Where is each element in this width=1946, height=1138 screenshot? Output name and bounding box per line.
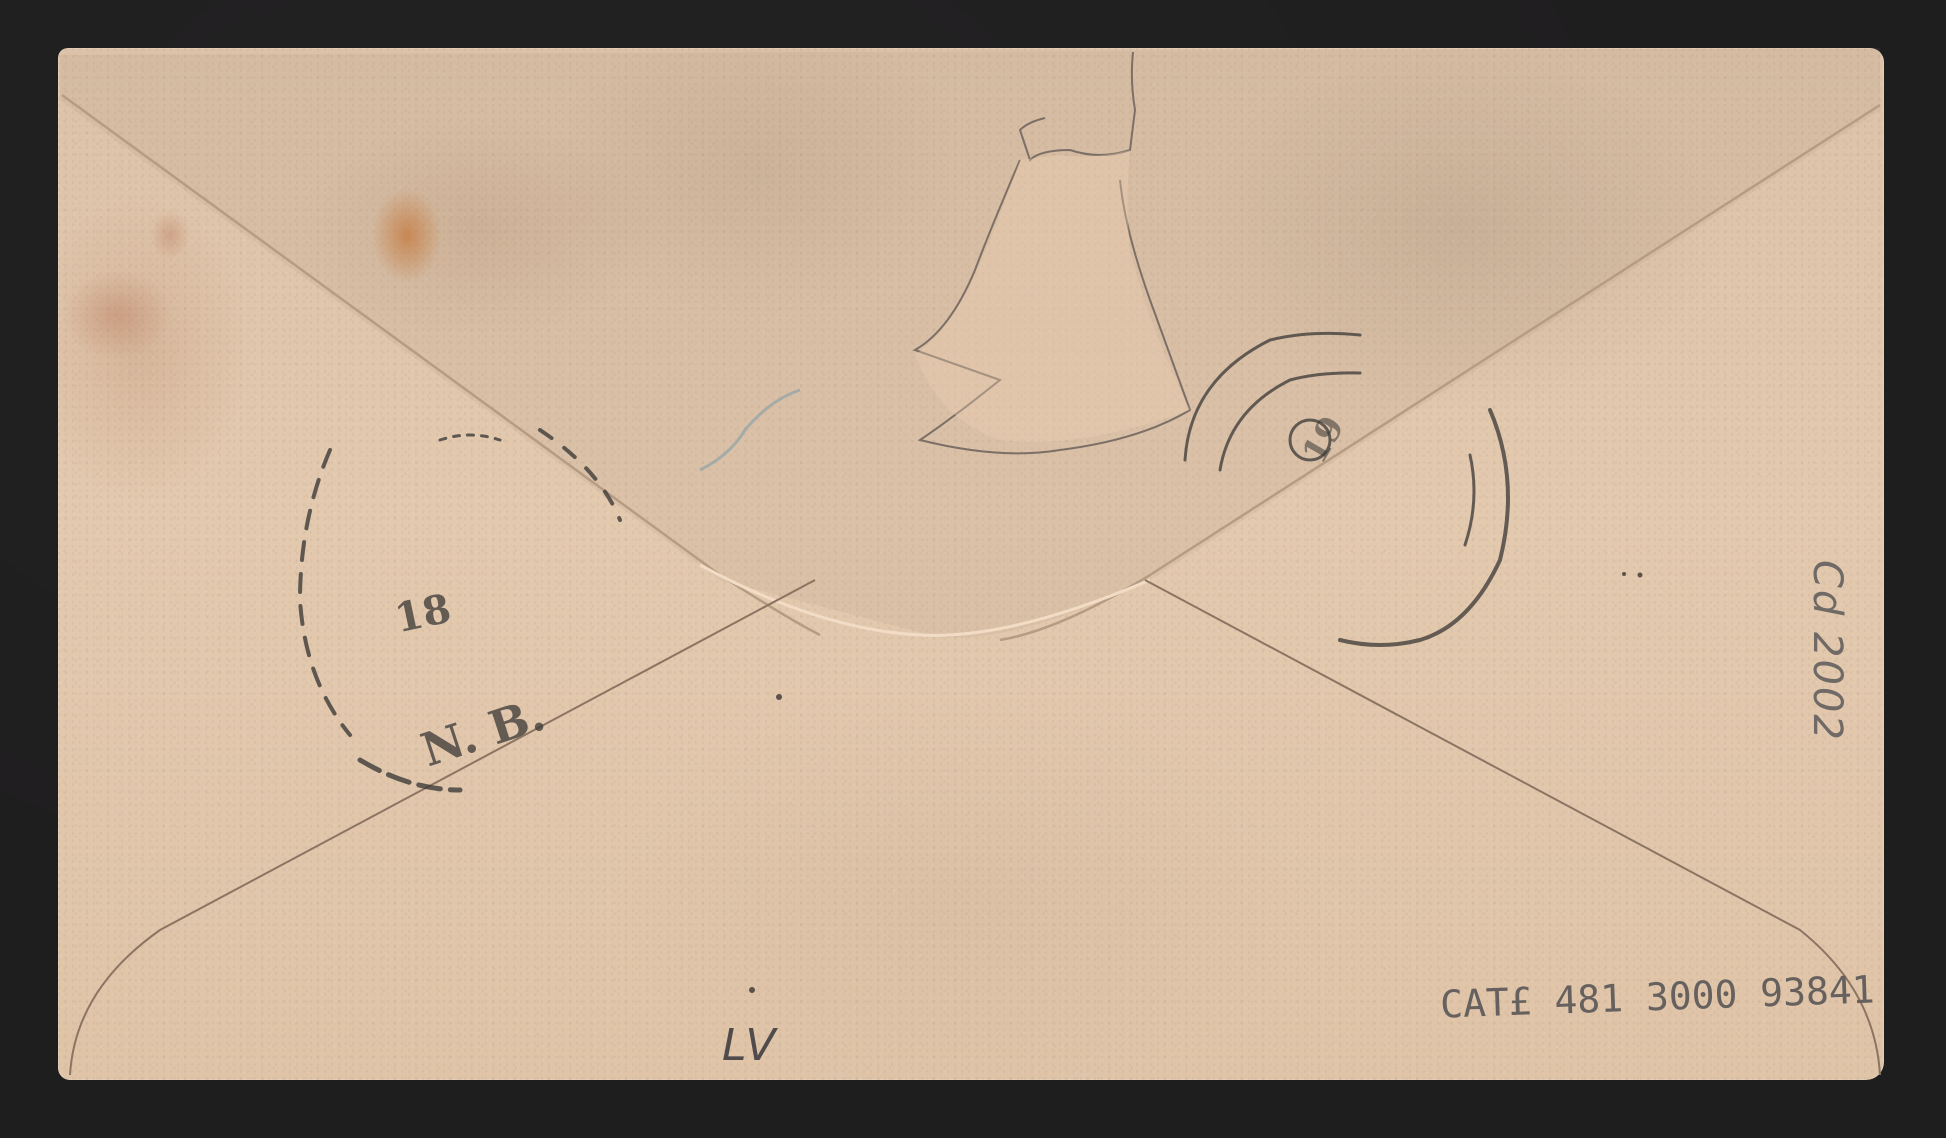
envelope-folds-and-marks: [0, 0, 1946, 1138]
rust-stain: [62, 270, 172, 360]
rust-stain: [150, 210, 190, 260]
initials-note: LV: [722, 1020, 777, 1071]
side-note: Cd 2002: [1804, 560, 1850, 742]
ink-specks: [749, 572, 1643, 993]
bottom-flap-left-fold: [70, 580, 815, 1075]
rust-stain: [372, 188, 442, 283]
